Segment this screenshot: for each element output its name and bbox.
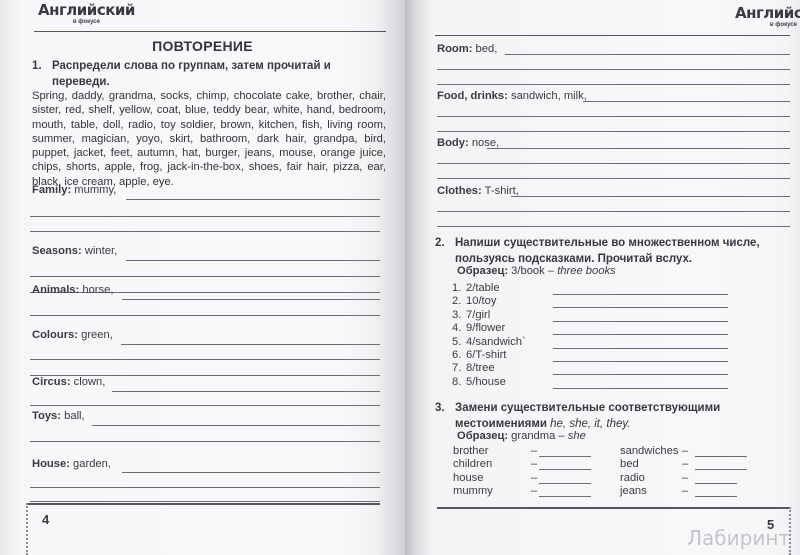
category-label: Circus: clown, [32, 376, 105, 388]
dash: – [531, 472, 537, 485]
item-number: 4. [452, 322, 466, 335]
answer-line[interactable] [553, 321, 728, 322]
noun-word: house [453, 472, 483, 485]
sample-answer: three books [557, 265, 615, 277]
task-3-left-column: brother–children–house–mummy– [453, 445, 583, 498]
pronoun-list: he, she, it, they. [550, 418, 630, 430]
left-page: Английский в фокусе ПОВТОРЕНИЕ 1. Распре… [0, 0, 405, 555]
answer-line[interactable] [30, 405, 380, 406]
answer-line[interactable] [437, 226, 790, 227]
task-number: 1. [32, 58, 42, 74]
category-name: Seasons: [32, 245, 82, 257]
answer-line[interactable] [30, 441, 380, 442]
sample-prompt: 3/book – [511, 265, 554, 277]
task-2-item: 5.4/sandwich` [452, 336, 526, 349]
sample-label: Образец: [457, 430, 508, 442]
book-logo: Английский в фокусе [38, 3, 135, 25]
pronoun-row: children– [453, 458, 583, 471]
answer-line[interactable] [553, 388, 728, 389]
category-name: Animals: [32, 284, 79, 296]
answer-line[interactable] [695, 483, 737, 484]
pronoun-row: mummy– [453, 485, 583, 498]
word-list: Spring, daddy, grandma, socks, chimp, ch… [32, 89, 386, 189]
item-number: 2. [452, 295, 466, 308]
task-text: Распредели слова по группам, затем прочи… [32, 58, 352, 90]
pronoun-row: radio– [620, 472, 770, 485]
task-2-list: 1.2/table2.10/toy3.7/girl4.9/flower5.4/s… [452, 282, 526, 389]
answer-line[interactable] [437, 131, 790, 132]
answer-line[interactable] [553, 374, 728, 375]
task-2-sample: Образец: 3/book – three books [457, 265, 616, 277]
task-2-instruction: 2. Напиши существительные во множественн… [435, 235, 795, 267]
category-label: Toys: ball, [32, 410, 85, 422]
category-example: winter, [85, 245, 117, 257]
answer-line[interactable] [539, 456, 591, 457]
noun-word: sandwiches [620, 445, 678, 458]
item-prompt: 5/house [466, 376, 506, 388]
category-name: Room: [437, 43, 472, 55]
category-name: Family: [32, 184, 71, 196]
pronoun-row: brother– [453, 445, 583, 458]
answer-line[interactable] [437, 178, 790, 179]
logo-brand: Английский [38, 1, 135, 19]
noun-word: bed [620, 458, 639, 471]
item-prompt: 6/T-shirt [466, 349, 506, 361]
category-example: sandwich, milk, [511, 90, 587, 102]
header-rule [34, 31, 386, 32]
task-text: Замени существительные соответствующими … [435, 400, 795, 432]
book-logo: Английский в фокусе [735, 6, 800, 28]
answer-line[interactable] [539, 469, 591, 470]
task-number: 3. [435, 400, 445, 416]
task-3-sample: Образец: grandma – she [457, 430, 586, 442]
task-2-item: 7.8/tree [452, 362, 526, 375]
sample-answer: she [568, 430, 586, 442]
pronoun-row: sandwiches– [620, 445, 770, 458]
answer-line[interactable] [30, 359, 380, 360]
category-name: Clothes: [437, 185, 482, 197]
task-2-item: 3.7/girl [452, 309, 526, 322]
task-text: Напиши существительные во множественном … [435, 235, 795, 267]
answer-line[interactable] [122, 472, 380, 473]
noun-word: jeans [620, 485, 647, 498]
dash: – [531, 458, 537, 471]
item-number: 1. [452, 282, 466, 295]
category-label: Room: bed, [437, 43, 497, 55]
answer-line[interactable] [30, 231, 380, 232]
task-1-instruction: 1. Распредели слова по группам, затем пр… [32, 58, 352, 90]
item-prompt: 9/flower [466, 322, 505, 334]
category-label: Clothes: T-shirt, [437, 185, 519, 197]
item-number: 8. [452, 376, 466, 389]
footer-rule [26, 503, 380, 505]
category-label: House: garden, [32, 458, 111, 470]
answer-line[interactable] [437, 163, 790, 164]
answer-line[interactable] [695, 469, 747, 470]
answer-line[interactable] [30, 487, 380, 488]
answer-line[interactable] [121, 344, 380, 345]
dash: – [531, 485, 537, 498]
answer-line[interactable] [553, 361, 728, 362]
category-example: clown, [74, 376, 106, 388]
item-prompt: 2/table [466, 282, 500, 294]
dash: – [682, 472, 688, 485]
dash: – [682, 458, 688, 471]
answer-line[interactable] [553, 294, 728, 295]
answer-line[interactable] [30, 315, 380, 316]
answer-line[interactable] [112, 391, 380, 392]
answer-line[interactable] [505, 54, 790, 55]
header-rule [435, 35, 790, 36]
category-name: Toys: [32, 410, 61, 422]
dash: – [682, 445, 688, 458]
answer-line[interactable] [553, 307, 728, 308]
category-example: mummy, [74, 184, 116, 196]
category-label: Food, drinks: sandwich, milk, [437, 90, 587, 102]
answer-line[interactable] [437, 69, 790, 70]
task-2-item: 8.5/house [452, 376, 526, 389]
category-name: Circus: [32, 376, 71, 388]
task-2-item: 2.10/toy [452, 295, 526, 308]
item-number: 6. [452, 349, 466, 362]
noun-word: brother [453, 445, 488, 458]
category-name: Food, drinks: [437, 90, 508, 102]
answer-line[interactable] [695, 456, 747, 457]
answer-line[interactable] [437, 116, 790, 117]
pronoun-row: house– [453, 472, 583, 485]
item-prompt: 4/sandwich` [466, 336, 526, 348]
item-number: 7. [452, 362, 466, 375]
item-number: 5. [452, 336, 466, 349]
answer-line[interactable] [30, 216, 380, 217]
page-heading: ПОВТОРЕНИЕ [0, 38, 405, 54]
answer-line[interactable] [539, 483, 591, 484]
category-example: ball, [64, 410, 85, 422]
logo-brand: Английский [735, 4, 800, 22]
dash: – [531, 445, 537, 458]
category-name: Body: [437, 137, 469, 149]
category-name: Colours: [32, 329, 78, 341]
answer-line[interactable] [553, 348, 728, 349]
answer-line[interactable] [30, 501, 380, 502]
sample-label: Образец: [457, 265, 508, 277]
category-label: Colours: green, [32, 329, 113, 341]
pronoun-row: jeans– [620, 485, 770, 498]
page-number: 4 [42, 512, 49, 527]
category-label: Seasons: winter, [32, 245, 117, 257]
item-prompt: 8/tree [466, 362, 495, 374]
answer-line[interactable] [30, 276, 380, 277]
task-2-item: 6.6/T-shirt [452, 349, 526, 362]
answer-line[interactable] [437, 211, 790, 212]
noun-word: mummy [453, 485, 493, 498]
category-example: horse, [82, 284, 113, 296]
category-name: House: [32, 458, 70, 470]
category-example: green, [81, 329, 113, 341]
category-example: bed, [476, 43, 498, 55]
answer-line[interactable] [92, 425, 380, 426]
task-number: 2. [435, 235, 445, 251]
item-prompt: 10/toy [466, 295, 496, 307]
dash: – [682, 485, 688, 498]
answer-line[interactable] [695, 496, 737, 497]
answer-line[interactable] [553, 334, 728, 335]
item-prompt: 7/girl [466, 309, 490, 321]
noun-word: children [453, 458, 492, 471]
logo-subtitle: в фокусе [38, 19, 135, 25]
answer-line[interactable] [437, 84, 790, 85]
footer-rule [437, 507, 791, 509]
answer-line[interactable] [539, 496, 591, 497]
answer-line[interactable] [583, 101, 790, 102]
pronoun-row: bed– [620, 458, 770, 471]
task-2-item: 1.2/table [452, 282, 526, 295]
page-edge-dotted [26, 503, 28, 555]
task-3-right-column: sandwiches–bed–radio–jeans– [620, 445, 770, 498]
category-label: Animals: horse, [32, 284, 113, 296]
answer-line[interactable] [126, 199, 380, 200]
answer-line[interactable] [487, 148, 790, 149]
category-label: Family: mummy, [32, 184, 116, 196]
noun-word: radio [620, 472, 645, 485]
item-number: 3. [452, 309, 466, 322]
task-3-instruction: 3. Замени существительные соответствующи… [435, 400, 795, 432]
category-example: garden, [73, 458, 111, 470]
answer-line[interactable] [511, 196, 790, 197]
watermark-logo: Лабиринт [687, 526, 790, 550]
answer-line[interactable] [126, 260, 380, 261]
task-2-item: 4.9/flower [452, 322, 526, 335]
logo-subtitle: в фокусе [735, 22, 800, 28]
answer-line[interactable] [122, 299, 380, 300]
sample-prompt: grandma – [511, 430, 565, 442]
